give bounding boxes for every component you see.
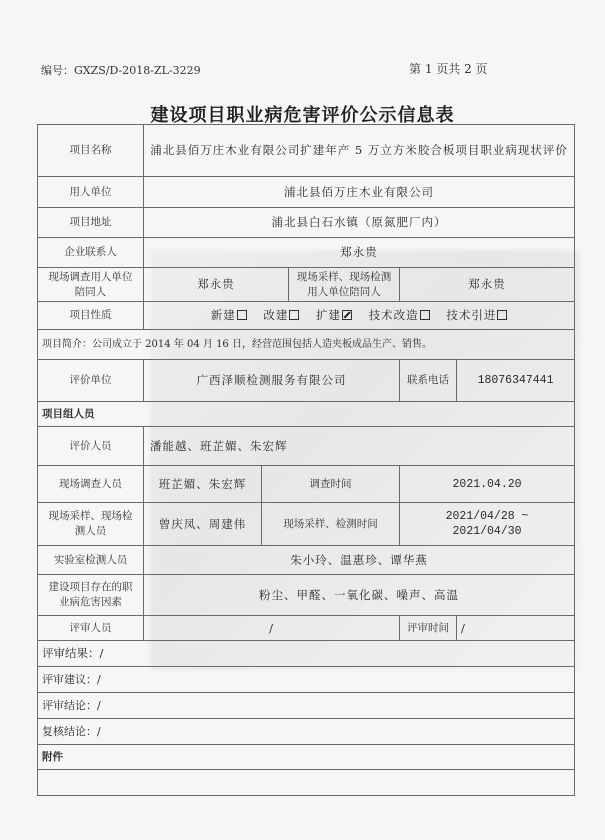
checkbox-checked-icon bbox=[342, 310, 352, 320]
checkbox-icon bbox=[497, 310, 507, 320]
row-evaluators: 评价人员 潘能越、班芷媚、朱宏辉 bbox=[38, 427, 575, 466]
option-rebuild[interactable]: 改建 bbox=[263, 308, 299, 323]
row-attachments-content bbox=[38, 770, 575, 796]
review-conclusion: 评审结论：/ bbox=[38, 693, 575, 719]
project-name-value: 浦北县佰万庄木业有限公司扩建年产 5 万立方米胶合板项目职业病现状评价 bbox=[144, 125, 575, 177]
sampling-staff-label: 现场采样、现场检测人员 bbox=[38, 503, 144, 546]
hazards-value: 粉尘、甲醛、一氧化碳、噪声、高温 bbox=[144, 575, 575, 616]
project-intro: 项目简介：公司成立于 2014 年 04 月 16 日，经营范围包括人造夹板成品… bbox=[38, 330, 575, 360]
employer-label: 用人单位 bbox=[38, 177, 144, 208]
evaluators-value: 潘能越、班芷媚、朱宏辉 bbox=[144, 427, 575, 466]
survey-time-value: 2021.04.20 bbox=[400, 466, 575, 503]
review-suggestion: 评审建议：/ bbox=[38, 667, 575, 693]
survey-escort-label: 现场调查用人单位陪同人 bbox=[38, 268, 144, 302]
evaluation-unit-value: 广西泽顺检测服务有限公司 bbox=[144, 360, 400, 402]
document-number: 编号：GXZS/D-2018-ZL-3229 bbox=[41, 62, 201, 78]
project-name-label: 项目名称 bbox=[38, 125, 144, 177]
company-contact-value: 郑永贵 bbox=[144, 238, 575, 268]
address-label: 项目地址 bbox=[38, 208, 144, 238]
lab-staff-label: 实验室检测人员 bbox=[38, 546, 144, 575]
row-recheck-conclusion: 复核结论：/ bbox=[38, 719, 575, 745]
checkbox-icon bbox=[420, 310, 430, 320]
option-tech-import[interactable]: 技术引进 bbox=[446, 308, 507, 323]
address-value: 浦北县白石水镇（原氮肥厂内） bbox=[144, 208, 575, 238]
row-reviewers: 评审人员 / 评审时间 / bbox=[38, 616, 575, 641]
evaluation-unit-label: 评价单位 bbox=[38, 360, 144, 402]
row-attachments-heading: 附件 bbox=[38, 745, 575, 770]
option-expansion[interactable]: 扩建 bbox=[316, 308, 352, 323]
row-sampling-staff: 现场采样、现场检测人员 曾庆凤、周建伟 现场采样、检测时间 2021/04/28… bbox=[38, 503, 575, 546]
lab-staff-value: 朱小玲、温惠珍、谭华燕 bbox=[144, 546, 575, 575]
sampling-staff-value: 曾庆凤、周建伟 bbox=[144, 503, 262, 546]
survey-staff-label: 现场调查人员 bbox=[38, 466, 144, 503]
checkbox-icon bbox=[289, 310, 299, 320]
team-section-heading: 项目组人员 bbox=[38, 402, 575, 427]
sampling-escort-label: 现场采样、现场检测用人单位陪同人 bbox=[289, 268, 400, 302]
survey-staff-value: 班芷媚、朱宏辉 bbox=[144, 466, 262, 503]
row-project-intro: 项目简介：公司成立于 2014 年 04 月 16 日，经营范围包括人造夹板成品… bbox=[38, 330, 575, 360]
attachments-content bbox=[38, 770, 575, 796]
evaluation-info-table: 项目名称 浦北县佰万庄木业有限公司扩建年产 5 万立方米胶合板项目职业病现状评价… bbox=[37, 124, 575, 796]
reviewers-label: 评审人员 bbox=[38, 616, 144, 641]
sampling-time-label: 现场采样、检测时间 bbox=[262, 503, 400, 546]
review-result: 评审结果：/ bbox=[38, 641, 575, 667]
evaluators-label: 评价人员 bbox=[38, 427, 144, 466]
row-review-conclusion: 评审结论：/ bbox=[38, 693, 575, 719]
row-evaluation-unit: 评价单位 广西泽顺检测服务有限公司 联系电话 18076347441 bbox=[38, 360, 575, 402]
sampling-time-value: 2021/04/28 ~ 2021/04/30 bbox=[400, 503, 575, 546]
contact-phone-value: 18076347441 bbox=[457, 360, 575, 402]
hazards-label: 建设项目存在的职业病危害因素 bbox=[38, 575, 144, 616]
row-employer: 用人单位 浦北县佰万庄木业有限公司 bbox=[38, 177, 575, 208]
contact-phone-label: 联系电话 bbox=[400, 360, 457, 402]
recheck-conclusion: 复核结论：/ bbox=[38, 719, 575, 745]
row-project-nature: 项目性质 新建 改建 扩建 技术改造 技术引进 bbox=[38, 302, 575, 330]
row-escorts: 现场调查用人单位陪同人 郑永贵 现场采样、现场检测用人单位陪同人 郑永贵 bbox=[38, 268, 575, 302]
attachments-heading: 附件 bbox=[38, 745, 575, 770]
survey-escort-value: 郑永贵 bbox=[144, 268, 289, 302]
option-tech-renovation[interactable]: 技术改造 bbox=[369, 308, 430, 323]
review-time-label: 评审时间 bbox=[400, 616, 457, 641]
project-nature-label: 项目性质 bbox=[38, 302, 144, 330]
review-time-value: / bbox=[457, 616, 575, 641]
reviewers-value: / bbox=[144, 616, 400, 641]
row-survey-staff: 现场调查人员 班芷媚、朱宏辉 调查时间 2021.04.20 bbox=[38, 466, 575, 503]
checkbox-icon bbox=[237, 310, 247, 320]
row-project-address: 项目地址 浦北县白石水镇（原氮肥厂内） bbox=[38, 208, 575, 238]
row-team-section: 项目组人员 bbox=[38, 402, 575, 427]
row-company-contact: 企业联系人 郑永贵 bbox=[38, 238, 575, 268]
row-lab-staff: 实验室检测人员 朱小玲、温惠珍、谭华燕 bbox=[38, 546, 575, 575]
row-hazards: 建设项目存在的职业病危害因素 粉尘、甲醛、一氧化碳、噪声、高温 bbox=[38, 575, 575, 616]
page-indicator: 第 1 页共 2 页 bbox=[409, 60, 488, 77]
company-contact-label: 企业联系人 bbox=[38, 238, 144, 268]
row-project-name: 项目名称 浦北县佰万庄木业有限公司扩建年产 5 万立方米胶合板项目职业病现状评价 bbox=[38, 125, 575, 177]
survey-time-label: 调查时间 bbox=[262, 466, 400, 503]
row-review-suggestion: 评审建议：/ bbox=[38, 667, 575, 693]
option-new-build[interactable]: 新建 bbox=[211, 308, 247, 323]
sampling-escort-value: 郑永贵 bbox=[400, 268, 575, 302]
project-nature-options: 新建 改建 扩建 技术改造 技术引进 bbox=[144, 302, 575, 330]
row-review-result: 评审结果：/ bbox=[38, 641, 575, 667]
employer-value: 浦北县佰万庄木业有限公司 bbox=[144, 177, 575, 208]
